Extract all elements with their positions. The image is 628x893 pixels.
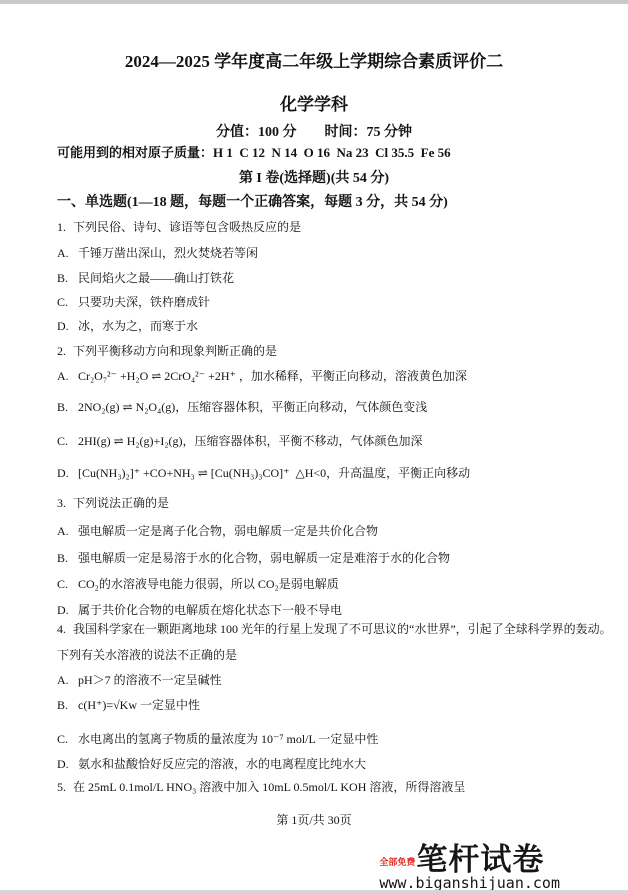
page-number: 第 1页/共 30页 — [0, 813, 628, 829]
question-text: 我国科学家在一颗距离地球 100 光年的行星上发现了不可思议的“水世界”，引起了… — [73, 622, 612, 636]
option-label: D. — [57, 603, 78, 619]
question-2-option-b: B.2NO₂(g) ⇌ N₂O₄(g)，压缩容器体积，平衡正向移动，气体颜色变浅 — [57, 400, 623, 416]
option-label: A. — [57, 524, 78, 540]
question-1-option-c: C.只要功夫深，铁杵磨成针 — [57, 295, 623, 311]
option-label: C. — [57, 577, 78, 593]
question-4-option-c: C.水电离出的氢离子物质的量浓度为 10⁻⁷ mol/L 一定显中性 — [57, 732, 623, 748]
question-number: 3. — [57, 496, 66, 510]
question-4-option-d: D.氨水和盐酸恰好反应完的溶液，水的电离程度比纯水大 — [57, 757, 623, 773]
question-4-option-a: A.pH＞7 的溶液不一定呈碱性 — [57, 673, 623, 689]
option-text: 属于共价化合物的电解质在熔化状态下一般不导电 — [78, 603, 342, 617]
question-4-stem: 4.我国科学家在一颗距离地球 100 光年的行星上发现了不可思议的“水世界”，引… — [57, 622, 623, 638]
option-label: A. — [57, 369, 78, 385]
question-1-stem: 1.下列民俗、诗句、谚语等包含吸热反应的是 — [57, 220, 623, 236]
watermark: 全部免费笔杆试卷 www.biganshijuan.com — [379, 834, 560, 892]
option-text: 2NO₂(g) ⇌ N₂O₄(g)，压缩容器体积，平衡正向移动，气体颜色变浅 — [78, 400, 427, 414]
section-i-header: 第 I 卷(选择题)(共 54 分) — [0, 170, 628, 188]
option-text: CO₂的水溶液导电能力很弱，所以 CO₂是弱电解质 — [78, 577, 339, 591]
question-text: 在 25mL 0.1mol/L HNO₃ 溶液中加入 10mL 0.5mol/L… — [73, 780, 465, 794]
exam-document-page: 2024—2025 学年度高二年级上学期综合素质评价二 化学学科 分值：100 … — [0, 0, 628, 893]
question-3-option-c: C.CO₂的水溶液导电能力很弱，所以 CO₂是弱电解质 — [57, 577, 623, 593]
option-label: D. — [57, 319, 78, 335]
option-label: C. — [57, 295, 78, 311]
option-label: A. — [57, 673, 78, 689]
question-3-stem: 3.下列说法正确的是 — [57, 496, 623, 512]
question-number: 4. — [57, 622, 66, 636]
question-1-option-b: B.民间焰火之最——确山打铁花 — [57, 271, 623, 287]
option-text: 千锤万凿出深山，烈火焚烧若等闲 — [78, 246, 258, 260]
question-5-stem: 5.在 25mL 0.1mol/L HNO₃ 溶液中加入 10mL 0.5mol… — [57, 780, 623, 796]
question-text: 下列平衡移动方向和现象判断正确的是 — [73, 344, 277, 358]
question-1-option-d: D.冰，水为之，而寒于水 — [57, 319, 623, 335]
option-text: Cr₂O₇²⁻ +H₂O ⇌ 2CrO₄²⁻ +2H⁺ ，加水稀释，平衡正向移动… — [78, 369, 467, 383]
question-1-option-a: A.千锤万凿出深山，烈火焚烧若等闲 — [57, 246, 623, 262]
watermark-brand-row: 全部免费笔杆试卷 — [379, 834, 560, 879]
question-4-stem-continued: 下列有关水溶液的说法不正确的是 — [57, 648, 623, 664]
question-3-option-d: D.属于共价化合物的电解质在熔化状态下一般不导电 — [57, 603, 623, 619]
question-number: 1. — [57, 220, 66, 234]
option-text: [Cu(NH₃)₂]⁺ +CO+NH₃ ⇌ [Cu(NH₃)₃CO]⁺ △H<0… — [78, 466, 470, 480]
option-label: B. — [57, 400, 78, 416]
option-text: 水电离出的氢离子物质的量浓度为 10⁻⁷ mol/L 一定显中性 — [78, 732, 378, 746]
option-text: 民间焰火之最——确山打铁花 — [78, 271, 234, 285]
option-text: c(H⁺)=√Kw 一定显中性 — [78, 698, 200, 712]
question-2-stem: 2.下列平衡移动方向和现象判断正确的是 — [57, 344, 623, 360]
option-label: B. — [57, 551, 78, 567]
part-one-header: 一、单选题(1—18 题，每题一个正确答案，每题 3 分，共 54 分) — [57, 194, 623, 212]
question-number: 2. — [57, 344, 66, 358]
atomic-mass-note: 可能用到的相对原子质量：H 1 C 12 N 14 O 16 Na 23 Cl … — [57, 145, 623, 162]
option-text: 2HI(g) ⇌ H₂(g)+I₂(g)，压缩容器体积，平衡不移动，气体颜色加深 — [78, 434, 423, 448]
option-label: B. — [57, 698, 78, 714]
question-text: 下列民俗、诗句、谚语等包含吸热反应的是 — [73, 220, 301, 234]
option-text: 强电解质一定是易溶于水的化合物，弱电解质一定是难溶于水的化合物 — [78, 551, 450, 565]
question-3-option-b: B.强电解质一定是易溶于水的化合物，弱电解质一定是难溶于水的化合物 — [57, 551, 623, 567]
option-label: B. — [57, 271, 78, 287]
exam-meta: 分值：100 分 时间：75 分钟 — [0, 124, 628, 142]
option-text: 只要功夫深，铁杵磨成针 — [78, 295, 210, 309]
question-2-option-c: C.2HI(g) ⇌ H₂(g)+I₂(g)，压缩容器体积，平衡不移动，气体颜色… — [57, 434, 623, 450]
option-text: 强电解质一定是离子化合物，弱电解质一定是共价化合物 — [78, 524, 378, 538]
exam-subject: 化学学科 — [0, 94, 628, 116]
question-2-option-a: A.Cr₂O₇²⁻ +H₂O ⇌ 2CrO₄²⁻ +2H⁺ ，加水稀释，平衡正向… — [57, 369, 623, 385]
question-2-option-d: D.[Cu(NH₃)₂]⁺ +CO+NH₃ ⇌ [Cu(NH₃)₃CO]⁺ △H… — [57, 466, 623, 482]
question-number: 5. — [57, 780, 66, 794]
question-4-option-b: B.c(H⁺)=√Kw 一定显中性 — [57, 698, 623, 714]
page-top-border — [0, 0, 628, 4]
watermark-brand: 笔杆试卷 — [416, 842, 544, 877]
option-label: D. — [57, 757, 78, 773]
option-text: pH＞7 的溶液不一定呈碱性 — [78, 673, 222, 687]
option-label: C. — [57, 732, 78, 748]
option-label: C. — [57, 434, 78, 450]
option-text: 冰，水为之，而寒于水 — [78, 319, 198, 333]
option-label: A. — [57, 246, 78, 262]
question-3-option-a: A.强电解质一定是离子化合物，弱电解质一定是共价化合物 — [57, 524, 623, 540]
option-label: D. — [57, 466, 78, 482]
exam-title: 2024—2025 学年度高二年级上学期综合素质评价二 — [0, 51, 628, 73]
option-text: 氨水和盐酸恰好反应完的溶液，水的电离程度比纯水大 — [78, 757, 366, 771]
watermark-free-stamp: 全部免费 — [379, 857, 415, 867]
question-text: 下列说法正确的是 — [73, 496, 169, 510]
